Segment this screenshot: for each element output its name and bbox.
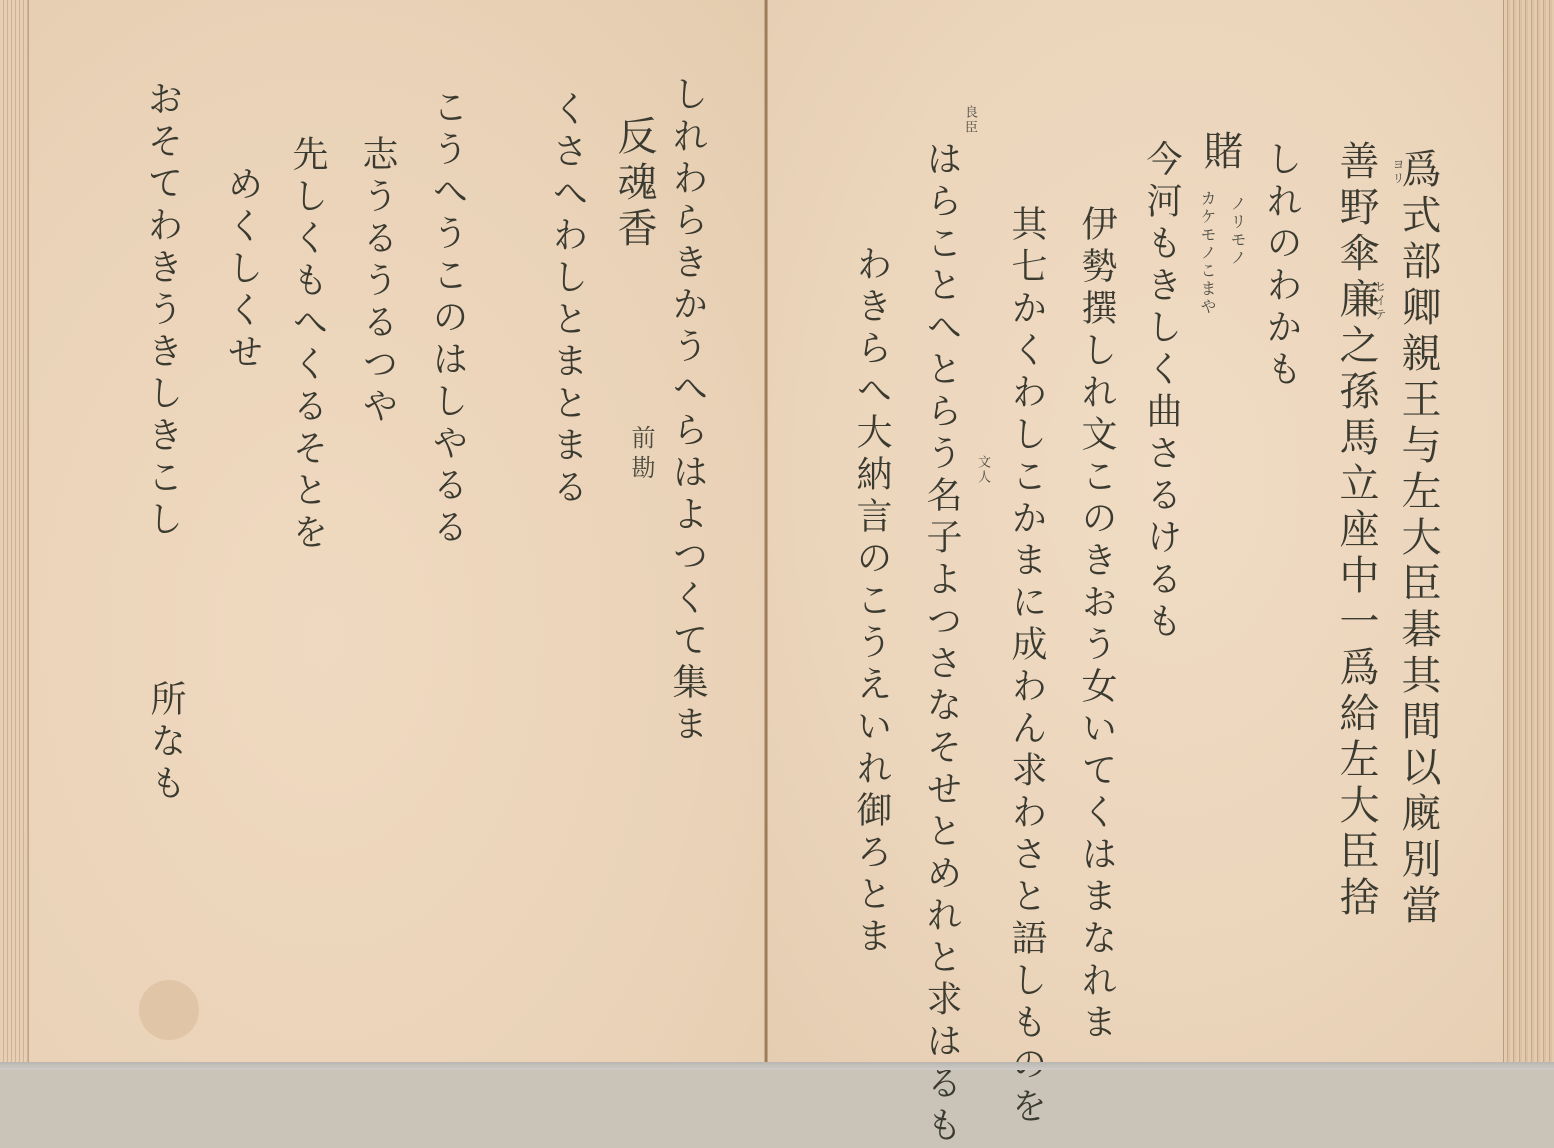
right-annotation-2: ヒイテ: [1372, 280, 1389, 322]
left-column-10: 所なも: [147, 680, 183, 806]
left-column-4: くさへわしとまとまる: [549, 90, 585, 510]
left-column-8: めくしくせ: [224, 165, 260, 375]
right-column-4: 賭: [1200, 130, 1240, 176]
right-column-8: はらことへとらう名子よつさなそせとめれと求はるも: [923, 140, 959, 1070]
paper-stain: [139, 980, 199, 1040]
right-column-6: 伊勢撰しれ文このきおう女いてくはまなれま: [1078, 205, 1114, 1045]
right-column-2: 善野傘廉之孫馬立座中一爲給左大臣捨: [1336, 140, 1376, 922]
right-annotation-3: ノリモノ: [1226, 195, 1249, 267]
left-column-5: こうへうこのはしやるる: [429, 88, 465, 550]
right-column-5: 今河もきしく曲さるけるも: [1143, 140, 1179, 644]
left-column-3: 前勘: [629, 425, 653, 485]
bottom-background: [0, 1062, 1554, 1070]
left-column-9: おそてわきうきしきこし: [144, 80, 180, 542]
left-page: しれわらきかうへらはよつくて集ま 反魂香 前勘 くさへわしとまとまる こうへうこ…: [29, 0, 766, 1062]
right-annotation-6: 文人: [973, 455, 992, 485]
right-page-edges: [1503, 0, 1554, 1062]
left-column-6: 志うるうるつや: [359, 135, 395, 429]
left-column-7: 先しくもへくるそとを: [289, 135, 325, 555]
right-annotation-4: カケモノこまや: [1196, 190, 1219, 316]
left-page-edges: [0, 0, 29, 1062]
right-column-1: 爲式部卿親王与左大臣碁其間以廐別當: [1398, 148, 1438, 930]
open-book: しれわらきかうへらはよつくて集ま 反魂香 前勘 くさへわしとまとまる こうへうこ…: [0, 0, 1554, 1062]
right-column-3: しれのわかも: [1263, 140, 1299, 392]
left-column-1: しれわらきかうへらはよつくて集ま: [669, 75, 705, 747]
right-column-9: わきらへ大納言のこうえいれ御ろとま: [853, 245, 889, 959]
right-annotation-1: ヨリ: [1390, 158, 1407, 186]
right-column-7: 其七かくわしこかまに成わん求わさと語しものを: [1008, 205, 1044, 1070]
right-page: 爲式部卿親王与左大臣碁其間以廐別當 ヨリ 善野傘廉之孫馬立座中一爲給左大臣捨 ヒ…: [768, 0, 1503, 1062]
right-annotation-5: 良臣: [960, 105, 979, 135]
left-column-2: 反魂香: [614, 115, 654, 253]
